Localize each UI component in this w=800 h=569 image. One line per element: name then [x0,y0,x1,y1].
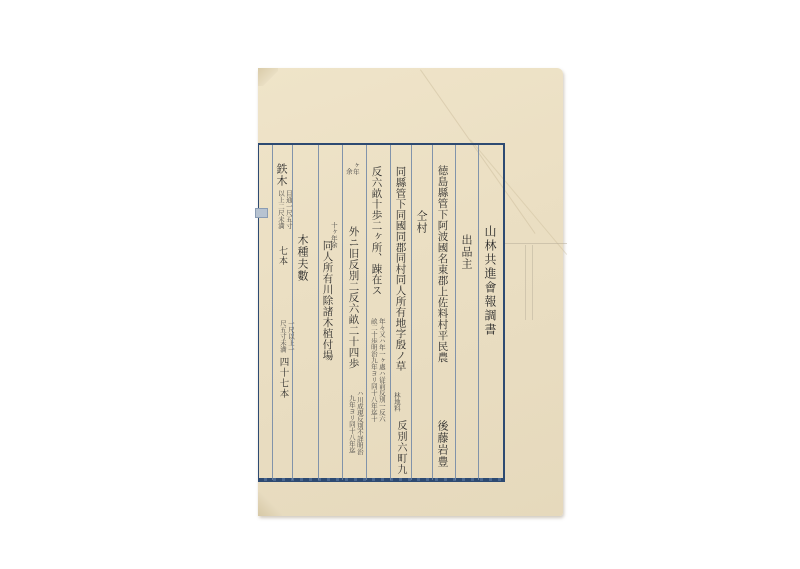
item-1-count: 七本 [277,246,286,266]
body-line-2-note-b: 畝二十歩明治九年ヨリ同十八年迄十 [370,318,377,422]
body-line-2-note-a: 年々又ハ年一ヶ處ハ従前反別一反六 [378,318,385,422]
body-line-3-note-b: 余 [345,168,352,175]
column-rule [455,145,456,480]
column-rule [411,145,412,480]
column-rule [366,145,367,480]
document-title: 山林共進會報調書 [484,225,496,337]
column-rule [342,145,343,480]
same-village-label: 仝村 [416,210,427,234]
item-2-note-a: 一尺以上一 [287,320,294,353]
exhibitor-label: 出品主 [461,234,472,270]
body-line-3-note-d: 九年ヨリ同十八年迄 [348,395,355,454]
body-line-3-note: ヶ年 [352,162,359,175]
column-rule [318,145,319,480]
body-line-2: 反六畝十歩二ヶ所、踈在ス [371,166,382,296]
section-heading: 木種夫數 [297,234,308,282]
exhibitor-name: 後藤岩豊 [437,420,448,468]
binding-tab [255,208,268,218]
column-rule [390,145,391,480]
body-line-1-end: 反別六町九 [395,420,405,475]
body-line-4: 同人所有川除諸木植付場 [322,240,333,361]
body-line-1-note: 林地料 [393,392,400,412]
item-1-name: 鉄木 [276,163,287,187]
item-2-count: 四十七本 [278,357,288,399]
show-through-mark [525,245,533,320]
body-line-1: 同縣管下同國同郡同村同人所有地字殷ノ草 [395,166,406,371]
frame-bottom-rule [258,478,505,481]
exhibitor-address: 徳島縣管下阿波國名東郡上佐料村平民農 [437,165,448,363]
show-through-mark [505,243,567,244]
column-rule [272,145,273,480]
body-line-3: 外ニ旧反別二反六畝二十四歩 [348,226,359,369]
column-rule [432,145,433,480]
item-2-note-b: 尺五寸未満 [279,320,286,353]
item-1-note-b: 以上二尺未満 [277,190,284,229]
body-line-3-note-c: ハ川成現反別不詳明治 [356,390,363,455]
item-1-note-a: 目通一尺五寸 [285,190,292,229]
column-rule [478,145,479,480]
